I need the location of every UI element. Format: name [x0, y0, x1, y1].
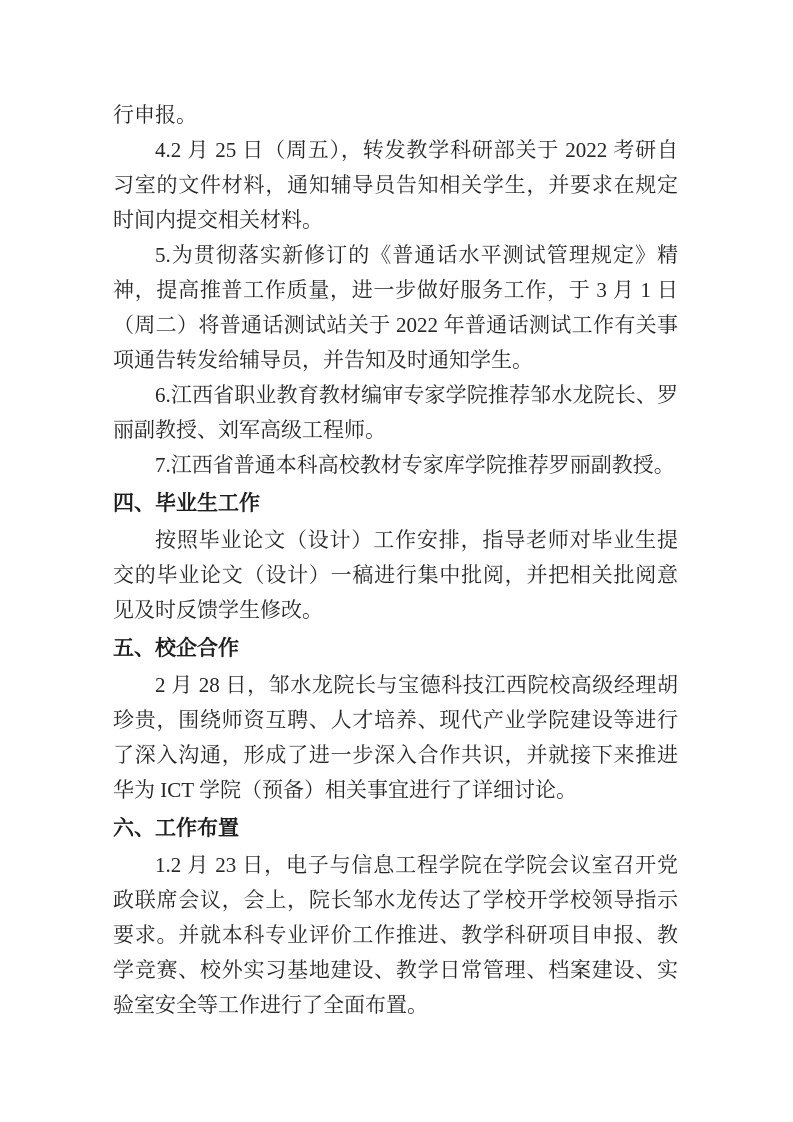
paragraph-item-5: 5.为贯彻落实新修订的《普通话水平测试管理规定》精神，提高推普工作质量，进一步做… [113, 238, 678, 378]
paragraph-work-arrangement: 1.2 月 23 日，电子与信息工程学院在学院会议室召开党政联席会议，会上，院长… [113, 848, 678, 1023]
paragraph-item-6: 6.江西省职业教育教材编审专家学院推荐邹水龙院长、罗丽副教授、刘军高级工程师。 [113, 378, 678, 448]
document-body: 行申报。 4.2 月 25 日（周五），转发教学科研部关于 2022 考研自习室… [113, 98, 678, 1023]
paragraph-item-7: 7.江西省普通本科高校教材专家库学院推荐罗丽副教授。 [113, 448, 678, 483]
section-heading-graduate-work: 四、毕业生工作 [113, 486, 678, 521]
paragraph-school-enterprise-cooperation: 2 月 28 日，邹水龙院长与宝德科技江西院校高级经理胡珍贵，围绕师资互聘、人才… [113, 668, 678, 808]
document-page: 行申报。 4.2 月 25 日（周五），转发教学科研部关于 2022 考研自习室… [0, 0, 793, 1122]
section-heading-school-enterprise-cooperation: 五、校企合作 [113, 631, 678, 666]
section-heading-work-arrangement: 六、工作布置 [113, 811, 678, 846]
paragraph-item-4: 4.2 月 25 日（周五），转发教学科研部关于 2022 考研自习室的文件材料… [113, 133, 678, 238]
paragraph-graduate-work: 按照毕业论文（设计）工作安排，指导老师对毕业生提交的毕业论文（设计）一稿进行集中… [113, 523, 678, 628]
paragraph-continuation: 行申报。 [113, 98, 678, 133]
